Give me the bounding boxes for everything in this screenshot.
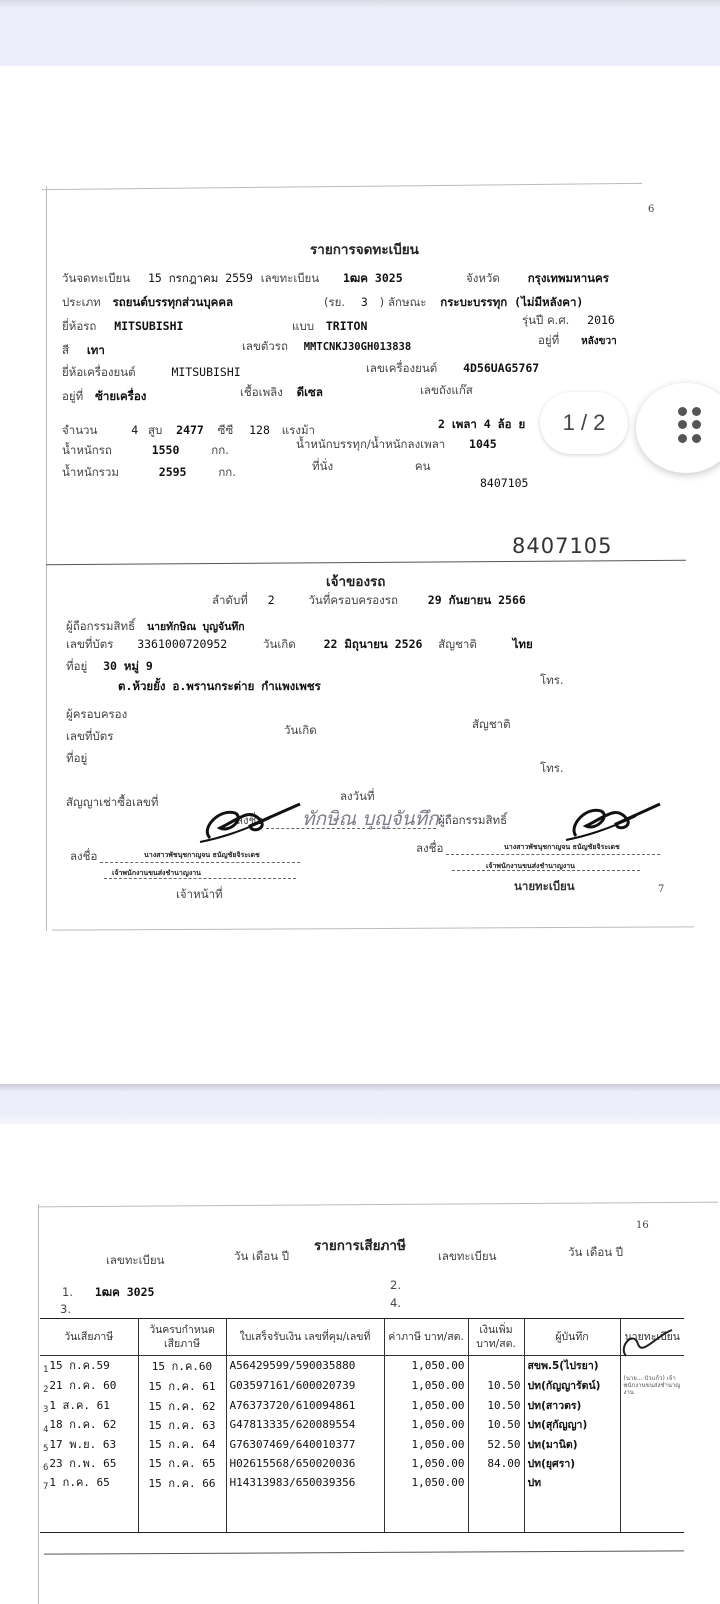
table-row: 221 ก.ค. 6015 ก.ค. 61G03597161/600020739…	[40, 1375, 684, 1396]
due-cell: 15 ก.ค. 62	[138, 1396, 226, 1415]
surcharge-cell	[468, 1473, 524, 1492]
receipt-cell: G76307469/640010377	[226, 1435, 384, 1454]
paid-date-cell: 71 ก.ค. 65	[40, 1473, 138, 1492]
due-cell: 15 ก.ค. 66	[138, 1473, 226, 1492]
load-weight: 1045	[469, 437, 497, 451]
paid-date-cell: 31 ส.ค. 61	[40, 1396, 138, 1415]
grid-dots-icon	[678, 407, 702, 443]
owner-address-line2: ต.ห้วยยั้ง อ.พรานกระต่าย กำแพงเพชร	[118, 679, 321, 693]
page-separator	[0, 1084, 720, 1124]
recorder-cell: ปท(ยุศรา)	[524, 1454, 620, 1473]
header-paid-date: วันเสียภาษี	[40, 1319, 138, 1356]
officer-role: เจ้าหน้าที่	[176, 887, 223, 901]
paid-date-cell: 115 ก.ค.59	[40, 1356, 138, 1376]
officer-name-stamp: นางสาวพัชนุชกาญจน ธนัญชัยจิระเดช	[144, 850, 260, 861]
owner-section-title: เจ้าของรถ	[326, 570, 385, 592]
recorder-cell: ปท(สาวตร)	[524, 1396, 620, 1415]
due-cell: 15 ก.ค. 65	[138, 1454, 226, 1473]
horsepower: 128	[249, 423, 270, 437]
tax-cell: 1,050.00	[384, 1415, 468, 1434]
recorder-cell: ปท(สุกัญญา)	[524, 1415, 620, 1434]
gross-weight: 2595	[159, 465, 187, 479]
due-cell: 15 ก.ค.60	[138, 1356, 226, 1376]
brand: MITSUBISHI	[114, 319, 183, 333]
vehicle-type: รถยนต์บรรทุกส่วนบุคคล	[113, 295, 233, 309]
page-number: 16	[636, 1220, 649, 1231]
document-page-1: 6 รายการจดทะเบียน วันจดทะเบียน 15 กรกฎาค…	[0, 66, 720, 1084]
surcharge-cell: 84.00	[468, 1454, 524, 1473]
owner-id: 3361000720952	[137, 637, 227, 651]
registrar-initials-icon	[616, 1326, 676, 1362]
table-row: 71 ก.ค. 6515 ก.ค. 66H14313983/6500393561…	[40, 1473, 684, 1492]
tax-cell: 1,050.00	[384, 1454, 468, 1473]
registrar-cell: (นาย... บัวแก้ว) เจ้าพนักงานขนส่งชำนาญงา…	[620, 1375, 684, 1396]
owner-address-line1: 30 หมู่ 9	[103, 659, 153, 673]
tax-cell: 1,050.00	[384, 1435, 468, 1454]
tax-title: รายการเสียภาษี	[314, 1234, 406, 1256]
tax-plate-1: 1ฒค 3025	[95, 1285, 155, 1299]
page-edge-line	[52, 926, 694, 930]
receipt-cell: G03597161/600020739	[226, 1375, 384, 1396]
section-divider	[46, 560, 686, 565]
page-edge-line	[46, 186, 47, 931]
header-recorder: ผู้บันทึก	[524, 1319, 620, 1356]
axles: 2 เพลา 4 ล้อ ย	[438, 417, 525, 431]
table-row: 418 ก.ค. 6215 ก.ค. 63G47813335/620089554…	[40, 1415, 684, 1434]
surcharge-cell: 10.50	[468, 1396, 524, 1415]
tax-cell: 1,050.00	[384, 1473, 468, 1492]
reg-date-row: วันจดทะเบียน 15 กรกฎาคม 2559 เลขทะเบียน …	[62, 270, 403, 288]
registrar-cell	[620, 1396, 684, 1415]
possession-date: 29 กันยายน 2566	[428, 593, 526, 607]
table-row: 31 ส.ค. 6115 ก.ค. 62A76373720/6100948611…	[40, 1396, 684, 1415]
registrar-role: นายทะเบียน	[514, 879, 575, 893]
serial-number: 8407105	[512, 534, 613, 558]
surcharge-cell: 10.50	[468, 1415, 524, 1434]
viewer-top-bar	[0, 0, 720, 66]
document-page-2: 16 รายการเสียภาษี เลขทะเบียน วัน เดือน ป…	[0, 1124, 720, 1604]
header-receipt: ใบเสร็จรับเงิน เลขที่คุม/เลขที่	[226, 1319, 384, 1356]
paid-date-cell: 517 พ.ย. 63	[40, 1435, 138, 1454]
vehicle-style: กระบะบรรทุก (ไม่มีหลังคา)	[440, 295, 583, 309]
fuel: ดีเซล	[297, 385, 323, 399]
paid-date-cell: 623 ก.พ. 65	[40, 1454, 138, 1473]
receipt-cell: H02615568/650020036	[226, 1454, 384, 1473]
vehicle-weight: 1550	[152, 443, 180, 457]
owner-dob: 22 มิถุนายน 2526	[324, 637, 423, 651]
page-edge-line	[42, 183, 642, 190]
model-year: 2016	[587, 313, 615, 327]
tax-cell: 1,050.00	[384, 1375, 468, 1396]
table-empty-row	[40, 1492, 684, 1532]
registrar-name-stamp: นางสาวพัชนุชกาญจน ธนัญชัยจิระเดช	[504, 842, 620, 853]
plate-number: 1ฒค 3025	[343, 271, 403, 285]
due-cell: 15 ก.ค. 63	[138, 1415, 226, 1434]
receipt-cell: G47813335/620089554	[226, 1415, 384, 1434]
tax-cell: 1,050.00	[384, 1356, 468, 1376]
receipt-cell: H14313983/650039356	[226, 1473, 384, 1492]
registrar-cell	[620, 1473, 684, 1492]
registrar-cell	[620, 1454, 684, 1473]
surcharge-cell: 10.50	[468, 1375, 524, 1396]
recorder-cell: ปท(มานิต)	[524, 1435, 620, 1454]
due-cell: 15 ก.ค. 61	[138, 1375, 226, 1396]
surcharge-cell	[468, 1356, 524, 1376]
header-due-date: วันครบกำหนด เสียภาษี	[138, 1319, 226, 1356]
receipt-cell: A76373720/610094861	[226, 1396, 384, 1415]
tax-payment-table: วันเสียภาษี วันครบกำหนด เสียภาษี ใบเสร็จ…	[40, 1318, 684, 1533]
tax-cell: 1,050.00	[384, 1396, 468, 1415]
receipt-cell: A56429599/590035880	[226, 1356, 384, 1376]
surcharge-cell: 52.50	[468, 1435, 524, 1454]
recorder-cell: ปท(กัญญารัตน์)	[524, 1375, 620, 1396]
registrar-cell	[620, 1415, 684, 1434]
engine-cc: 2477	[176, 423, 204, 437]
header-surcharge: เงินเพิ่ม บาท/สต.	[468, 1319, 524, 1356]
reg-date: 15 กรกฎาคม 2559	[148, 271, 253, 285]
vin: MMTCNKJ30GH013838	[304, 341, 411, 353]
registrar-cell	[620, 1435, 684, 1454]
header-tax: ค่าภาษี บาท/สต.	[384, 1319, 468, 1356]
paid-date-cell: 221 ก.ค. 60	[40, 1375, 138, 1396]
registration-title: รายการจดทะเบียน	[310, 238, 419, 260]
recorder-cell: ปท	[524, 1473, 620, 1492]
engine-brand: MITSUBISHI	[171, 365, 240, 379]
registrar-signature-icon	[556, 796, 666, 846]
page-edge-line	[38, 1204, 39, 1604]
owner-signature: ทักษิณ บุญจันทึก	[302, 804, 439, 834]
officer-signature-icon	[180, 798, 310, 848]
recorder-cell: สขพ.5(ไปรยา)	[524, 1356, 620, 1376]
page-bottom-line	[44, 1550, 684, 1554]
table-row: 115 ก.ค.5915 ก.ค.60A56429599/5900358801,…	[40, 1356, 684, 1376]
province: กรุงเทพมหานคร	[528, 271, 609, 285]
page-edge-line	[38, 1202, 718, 1208]
engine-number: 4D56UAG5767	[463, 361, 539, 375]
due-cell: 15 ก.ค. 64	[138, 1435, 226, 1454]
paid-date-cell: 418 ก.ค. 62	[40, 1415, 138, 1434]
table-row: 517 พ.ย. 6315 ก.ค. 64G76307469/640010377…	[40, 1435, 684, 1454]
owner-name: นายทักษิณ บุญจันทึก	[147, 621, 245, 633]
page-number-bottom: 7	[658, 884, 664, 895]
model: TRITON	[326, 319, 368, 333]
color: เทา	[87, 343, 105, 357]
table-row: 623 ก.พ. 6515 ก.ค. 65H02615568/650020036…	[40, 1454, 684, 1473]
page-number: 6	[648, 204, 654, 215]
page-indicator: 1 / 2	[540, 392, 628, 454]
